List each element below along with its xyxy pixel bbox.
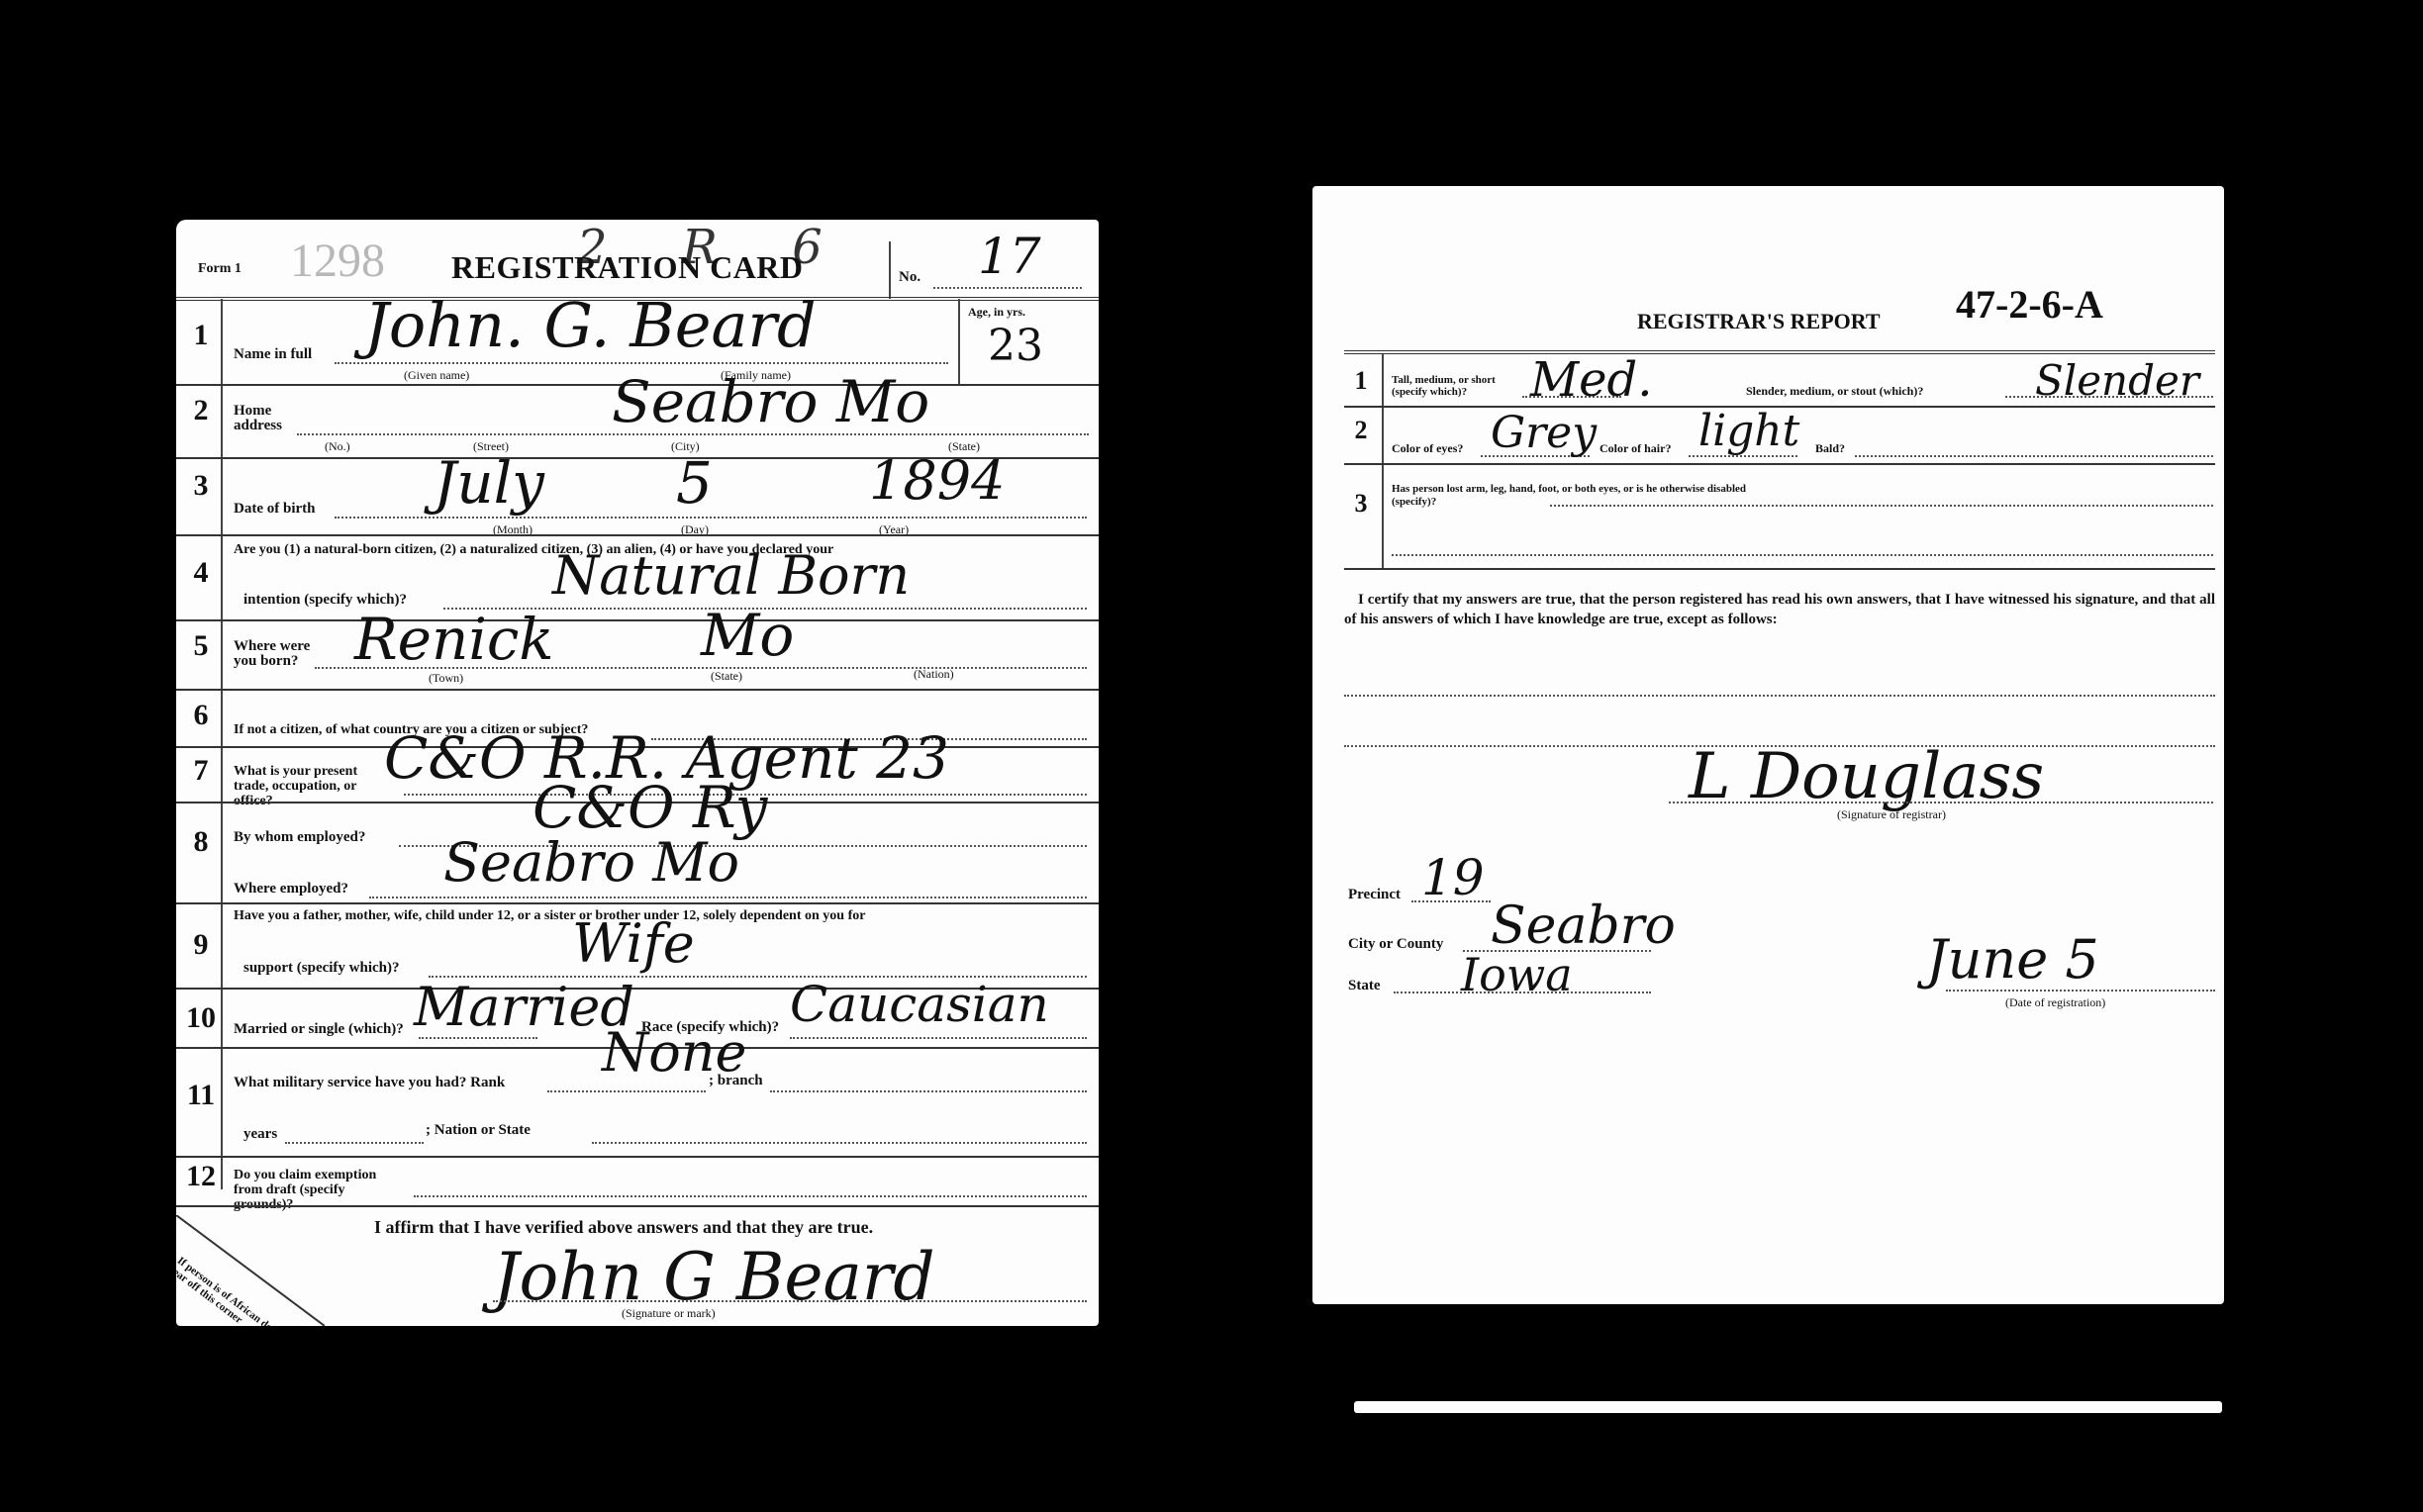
value-dob-year: 1894 bbox=[869, 449, 1005, 512]
signature-caption: (Signature or mark) bbox=[622, 1306, 716, 1321]
value-eye-color: Grey bbox=[1491, 408, 1597, 458]
value-dob-day: 5 bbox=[676, 449, 713, 517]
value-registration-date: June 5 bbox=[1926, 928, 2099, 991]
label-height: Tall, medium, or short (specify which)? bbox=[1392, 374, 1530, 398]
next-card-edge bbox=[1354, 1401, 2222, 1413]
label-nation-state: ; Nation or State bbox=[426, 1122, 531, 1139]
row-number: 1 bbox=[1344, 366, 1378, 396]
label-home-address: Home address bbox=[234, 404, 293, 433]
registrars-report-card: REGISTRAR'S REPORT 47-2-6-A 1 Tall, medi… bbox=[1312, 186, 2224, 1304]
value-height: Med. bbox=[1530, 352, 1653, 408]
label-branch: ; branch bbox=[709, 1073, 763, 1089]
sublabel: (Town) bbox=[429, 671, 463, 686]
row-number: 11 bbox=[184, 1079, 218, 1112]
row-number: 2 bbox=[1344, 416, 1378, 445]
serial-stamp: 1298 bbox=[290, 234, 385, 288]
value-dependents: Wife bbox=[572, 912, 695, 975]
row-number: 8 bbox=[184, 825, 218, 859]
label-state: State bbox=[1348, 978, 1381, 994]
label-city-county: City or County bbox=[1348, 936, 1443, 953]
no-value: 17 bbox=[978, 228, 1041, 285]
affirmation-text: I affirm that I have verified above answ… bbox=[374, 1217, 873, 1238]
label-military: What military service have you had? Rank bbox=[234, 1075, 505, 1091]
title-overwrite: 2 R 6 bbox=[577, 220, 852, 275]
registrar-caption: (Signature of registrar) bbox=[1837, 807, 1946, 822]
label-where-employed: Where employed? bbox=[234, 881, 348, 898]
row-number: 6 bbox=[184, 699, 218, 732]
sublabel: (State) bbox=[711, 669, 742, 684]
report-title: REGISTRAR'S REPORT bbox=[1637, 309, 1881, 334]
label-support: support (specify which)? bbox=[243, 960, 400, 977]
label-bald: Bald? bbox=[1815, 441, 1845, 456]
value-state: Iowa bbox=[1461, 948, 1573, 1001]
age-label: Age, in yrs. bbox=[968, 305, 1025, 320]
label-dependents-q: Have you a father, mother, wife, child u… bbox=[234, 908, 865, 924]
report-stamp: 47-2-6-A bbox=[1956, 281, 2103, 328]
sublabel: (Nation) bbox=[914, 667, 954, 682]
registrant-signature: John G Beard bbox=[493, 1239, 935, 1315]
value-build: Slender bbox=[2035, 356, 2199, 405]
value-birth-town: Renick bbox=[354, 606, 554, 673]
row-number: 3 bbox=[1344, 489, 1378, 519]
registration-date-caption: (Date of registration) bbox=[2005, 995, 2105, 1010]
corner-tearoff: If person is of African descent, tear of… bbox=[176, 1215, 325, 1326]
row-number: 3 bbox=[184, 469, 218, 503]
label-dob: Date of birth bbox=[234, 501, 316, 518]
value-race: Caucasian bbox=[790, 976, 1049, 1033]
value-precinct: 19 bbox=[1421, 849, 1485, 906]
row-number: 9 bbox=[184, 928, 218, 962]
value-city-county: Seabro bbox=[1491, 897, 1676, 956]
certification-text: I certify that my answers are true, that… bbox=[1344, 590, 2215, 629]
value-where-employed: Seabro Mo bbox=[443, 831, 739, 894]
row-number: 1 bbox=[184, 319, 218, 352]
label-employer: By whom employed? bbox=[234, 829, 365, 846]
sublabel: (Given name) bbox=[404, 368, 469, 383]
label-build: Slender, medium, or stout (which)? bbox=[1746, 384, 1923, 399]
row-number: 4 bbox=[184, 556, 218, 590]
row-number: 10 bbox=[184, 1001, 218, 1035]
value-birth-state: Mo bbox=[701, 602, 794, 669]
row-number: 2 bbox=[184, 394, 218, 427]
label-years: years bbox=[243, 1126, 277, 1143]
value-home-address: Seabro Mo bbox=[612, 368, 929, 435]
label-name: Name in full bbox=[234, 346, 312, 363]
label-marital: Married or single (which)? bbox=[234, 1021, 404, 1038]
label-precinct: Precinct bbox=[1348, 887, 1401, 903]
age-value: 23 bbox=[988, 321, 1043, 371]
registration-card: Form 1 1298 REGISTRATION CARD 2 R 6 No. … bbox=[176, 220, 1099, 1326]
value-dob-month: July bbox=[434, 449, 544, 517]
value-citizenship: Natural Born bbox=[552, 544, 910, 607]
no-label: No. bbox=[899, 269, 921, 286]
sublabel: (No.) bbox=[325, 439, 350, 454]
row-number: 7 bbox=[184, 754, 218, 788]
label-eye-color: Color of eyes? bbox=[1392, 441, 1463, 456]
value-name: John. G. Beard bbox=[364, 289, 817, 361]
value-hair-color: light bbox=[1698, 406, 1799, 456]
row-number: 5 bbox=[184, 629, 218, 663]
label-hair-color: Color of hair? bbox=[1599, 441, 1671, 456]
row-number: 12 bbox=[184, 1160, 218, 1193]
label-birthplace: Where were you born? bbox=[234, 639, 313, 669]
form-label: Form 1 bbox=[198, 261, 242, 277]
